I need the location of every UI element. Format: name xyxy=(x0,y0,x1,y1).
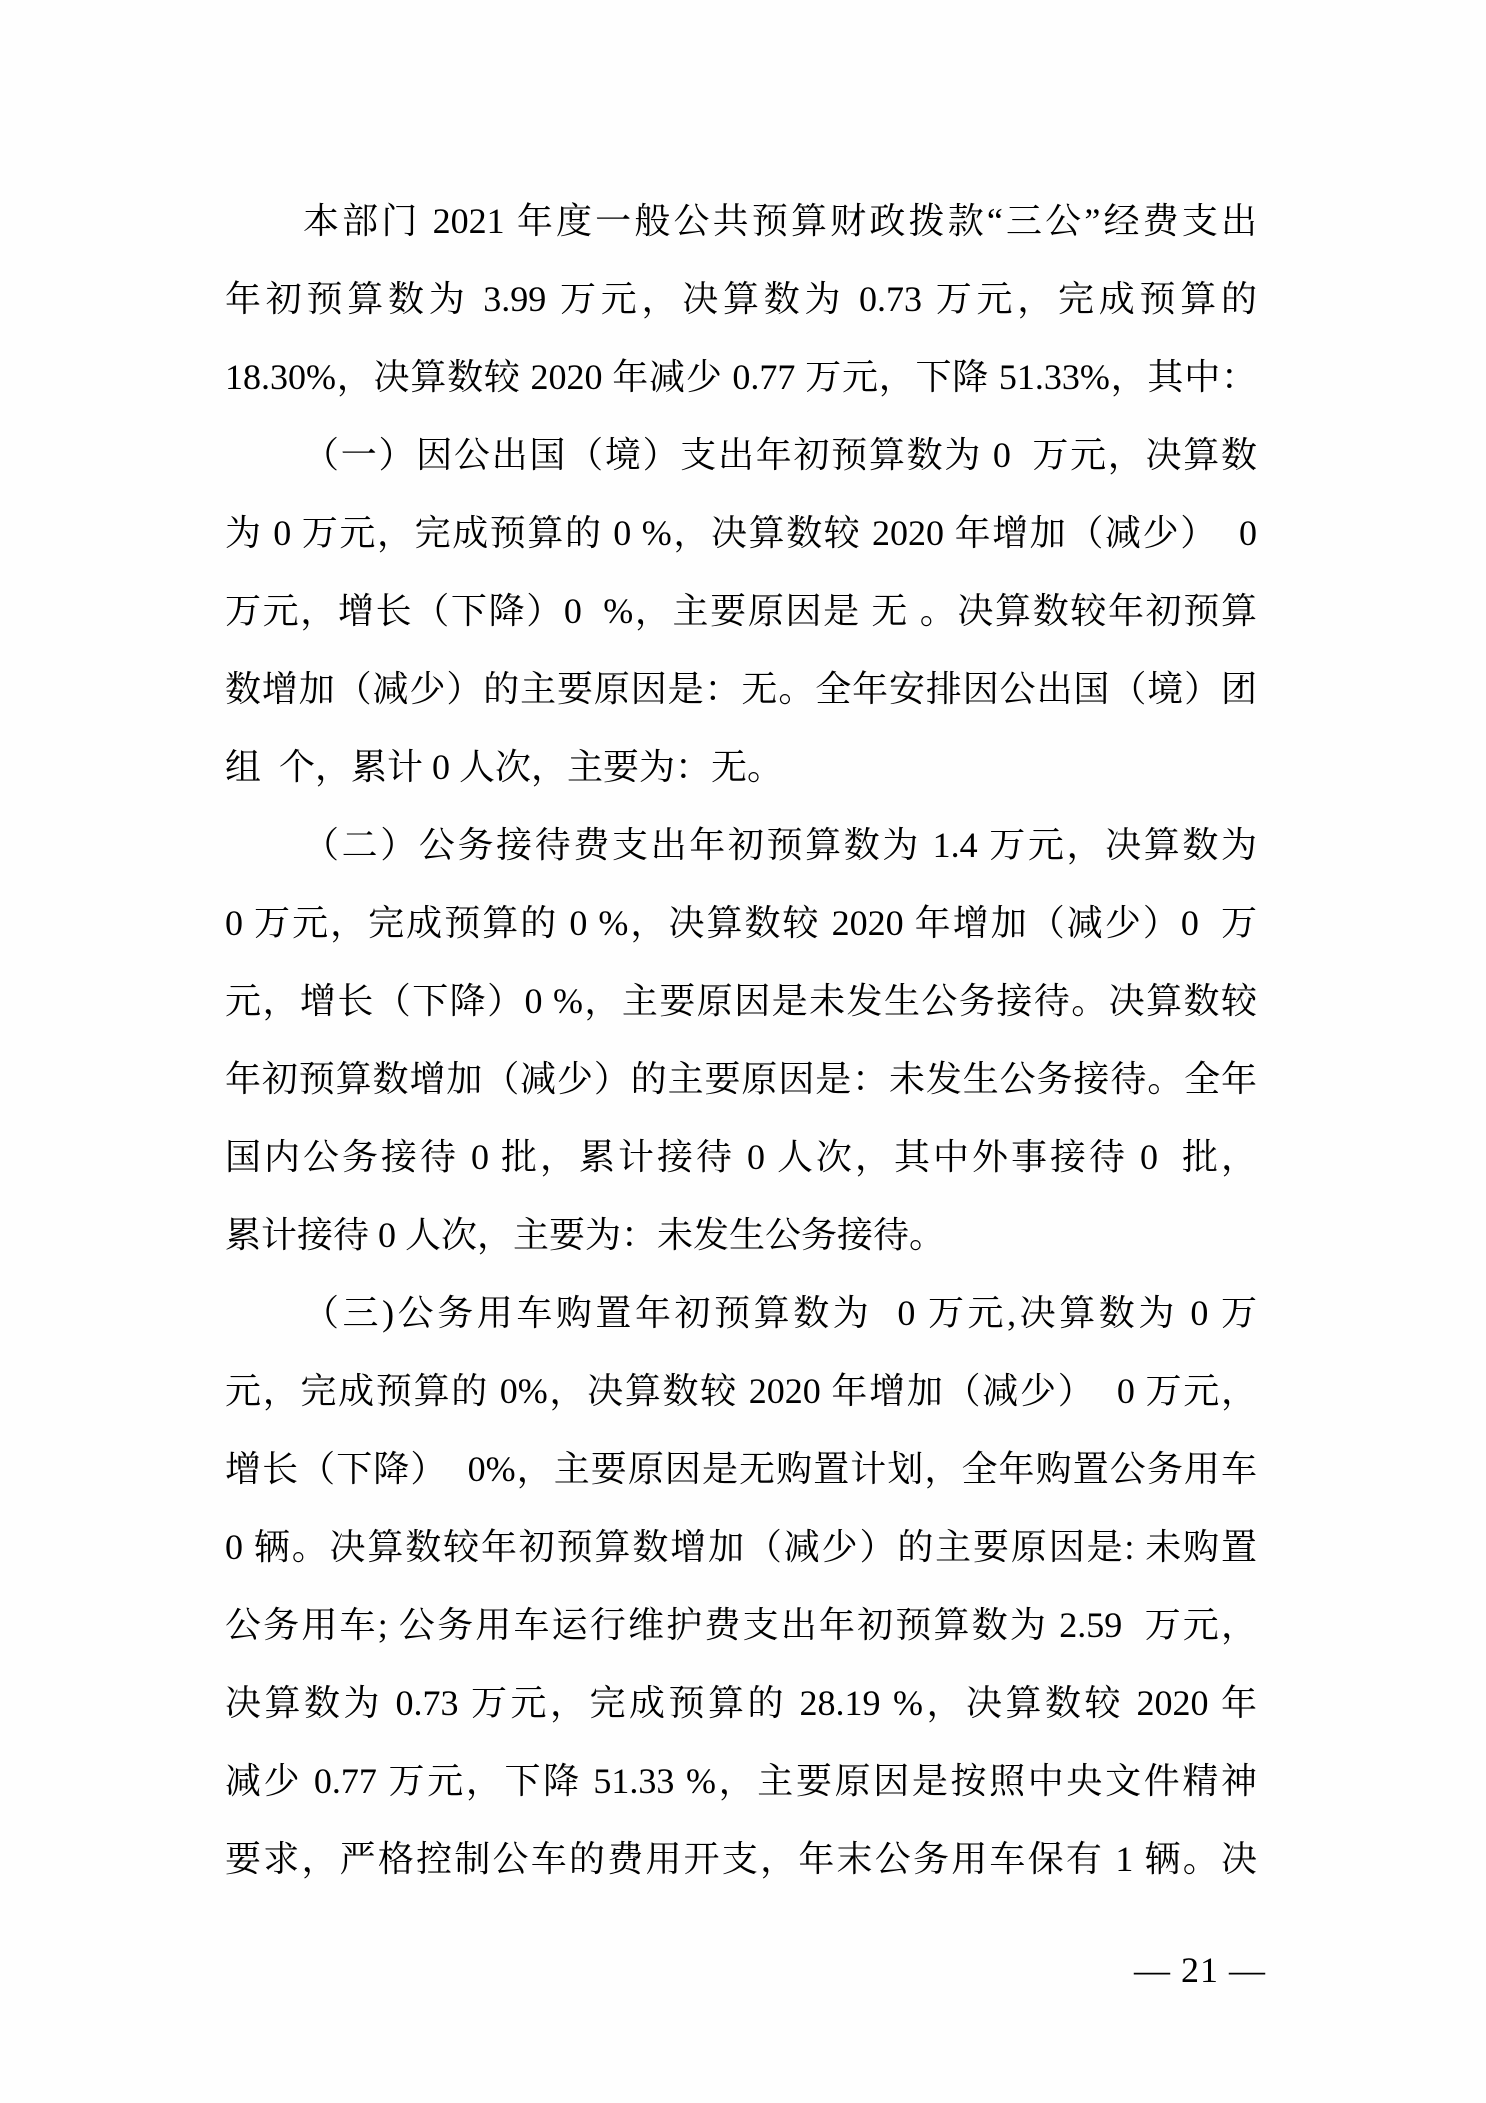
text-line: 年初预算数为 3.99 万元，决算数为 0.73 万元，完成预算的 xyxy=(225,260,1257,338)
text-line: 要求，严格控制公车的费用开支，年末公务用车保有 1 辆。决 xyxy=(225,1820,1257,1898)
text-line: 决算数为 0.73 万元，完成预算的 28.19 %，决算数较 2020 年 xyxy=(225,1664,1257,1742)
text-line: 元，增长（下降）0 %，主要原因是未发生公务接待。决算数较 xyxy=(225,962,1257,1040)
text-line: 国内公务接待 0 批，累计接待 0 人次，其中外事接待 0 批， xyxy=(225,1118,1257,1196)
text-line: 万元，增长（下降）0 %，主要原因是 无 。决算数较年初预算 xyxy=(225,572,1257,650)
text-line: 0 万元，完成预算的 0 %，决算数较 2020 年增加（减少）0 万 xyxy=(225,884,1257,962)
text-line: 0 辆。决算数较年初预算数增加（减少）的主要原因是: 未购置 xyxy=(225,1508,1257,1586)
text-line: （二）公务接待费支出年初预算数为 1.4 万元，决算数为 xyxy=(225,806,1257,884)
text-line: 本部门 2021 年度一般公共预算财政拨款“三公”经费支出 xyxy=(225,182,1257,260)
text-line: （一）因公出国（境）支出年初预算数为 0 万元，决算数 xyxy=(225,416,1257,494)
text-line: 数增加（减少）的主要原因是：无。全年安排因公出国（境）团 xyxy=(225,650,1257,728)
text-line: 元，完成预算的 0%，决算数较 2020 年增加（减少） 0 万元， xyxy=(225,1352,1257,1430)
text-line: 为 0 万元，完成预算的 0 %，决算数较 2020 年增加（减少） 0 xyxy=(225,494,1257,572)
text-line: 年初预算数增加（减少）的主要原因是：未发生公务接待。全年 xyxy=(225,1040,1257,1118)
text-line: 累计接待 0 人次，主要为：未发生公务接待。 xyxy=(225,1196,1257,1274)
document-body: 本部门 2021 年度一般公共预算财政拨款“三公”经费支出年初预算数为 3.99… xyxy=(225,182,1257,1898)
text-line: 公务用车; 公务用车运行维护费支出年初预算数为 2.59 万元， xyxy=(225,1586,1257,1664)
text-line: 18.30%，决算数较 2020 年减少 0.77 万元，下降 51.33%，其… xyxy=(225,338,1257,416)
text-line: 组 个，累计 0 人次，主要为：无。 xyxy=(225,728,1257,806)
text-line: 减少 0.77 万元，下降 51.33 %，主要原因是按照中央文件精神 xyxy=(225,1742,1257,1820)
text-line: （三)公务用车购置年初预算数为 0 万元,决算数为 0 万 xyxy=(225,1274,1257,1352)
document-page: 本部门 2021 年度一般公共预算财政拨款“三公”经费支出年初预算数为 3.99… xyxy=(0,0,1486,2103)
text-line: 增长（下降） 0%，主要原因是无购置计划，全年购置公务用车 xyxy=(225,1430,1257,1508)
page-number: — 21 — xyxy=(1134,1948,1266,1992)
